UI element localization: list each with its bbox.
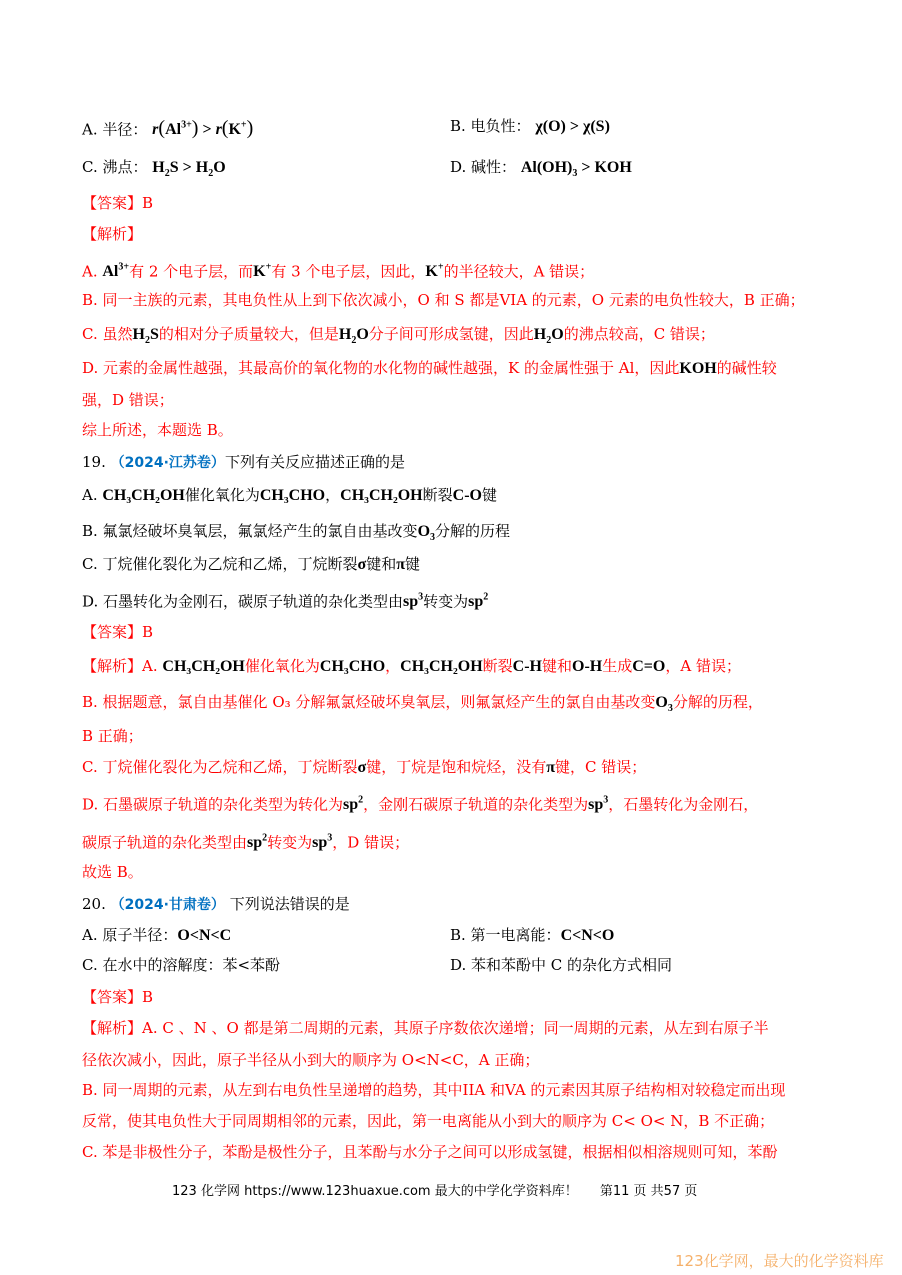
q19-option-c: C. 丁烷催化裂化为乙烷和乙烯，丁烷断裂σ键和π键 bbox=[82, 554, 420, 575]
q19-analysis-d-line2: 碳原子轨道的杂化类型由sp2转变为sp3，D 错误； bbox=[82, 829, 409, 853]
formula: H2S > H2O bbox=[152, 159, 225, 176]
q19-analysis-d-line1: D. 石墨碳原子轨道的杂化类型为转化为sp2，金刚石碳原子轨道的杂化类型为sp3… bbox=[82, 791, 758, 815]
q19-analysis-b-line1: B. 根据题意，氯自由基催化 O₃ 分解氟氯烃破坏臭氧层，则氟氯烃产生的氯自由基… bbox=[82, 692, 763, 719]
watermark: 123化学网，最大的化学资料库 bbox=[675, 1250, 884, 1271]
option-label: C. 沸点： bbox=[82, 158, 147, 176]
q19-analysis-a: 【解析】A. CH₃CH₂OH催化氧化为CH₃CHO，CH₃CH₂OH断裂C-H… bbox=[82, 656, 741, 677]
page-number: 第11 页 共57 页 bbox=[600, 1184, 697, 1199]
q19-stem: 19. （2024·江苏卷）下列有关反应描述正确的是 bbox=[82, 452, 405, 473]
q18-analysis-d-line2: 强，D 错误； bbox=[82, 390, 174, 410]
footer-site-text: 123 化学网 https://www.123huaxue.com 最大的中学化… bbox=[172, 1184, 578, 1199]
source-tag: （2024·甘肃卷） bbox=[111, 897, 225, 913]
formula: r(Al3+) > r(K+) bbox=[152, 121, 253, 138]
q18-analysis-d-line1: D. 元素的金属性越强，其最高价的氧化物的水化物的碱性越强，K 的金属性强于 A… bbox=[82, 358, 777, 379]
question-stem: 下列有关反应描述正确的是 bbox=[225, 453, 405, 471]
q18-analysis-c: C. 虽然H2S的相对分子质量较大，但是H2O分子间可形成氢键，因此H2O的沸点… bbox=[82, 324, 715, 351]
answer-value: B bbox=[142, 988, 153, 1006]
option-label: D. 碱性： bbox=[450, 158, 516, 176]
q18-summary: 综上所述，本题选 B。 bbox=[82, 420, 233, 440]
q18-option-a: A. 半径： r(Al3+) > r(K+) bbox=[82, 116, 253, 140]
q19-analysis-c: C. 丁烷催化裂化为乙烷和乙烯，丁烷断裂σ键，丁烷是饱和烷烃，没有π键，C 错误… bbox=[82, 757, 646, 778]
formula: χ(O) > χ(S) bbox=[535, 118, 610, 135]
q18-option-d: D. 碱性： Al(OH)3 > KOH bbox=[450, 157, 632, 184]
answer-value: B bbox=[142, 623, 153, 641]
q19-summary: 故选 B。 bbox=[82, 862, 143, 882]
q18-analysis-label: 【解析】 bbox=[82, 224, 142, 244]
analysis-label: 【解析】 bbox=[82, 1019, 142, 1037]
q19-analysis-b-line2: B 正确； bbox=[82, 726, 143, 746]
q20-analysis-b-line2: 反常，使其电负性大于同周期相邻的元素，因此，第一电离能从小到大的顺序为 C< O… bbox=[82, 1111, 774, 1131]
q20-analysis-b-line1: B. 同一周期的元素，从左到右电负性呈递增的趋势，其中IIA 和VA 的元素因其… bbox=[82, 1080, 785, 1100]
page-footer: 123 化学网 https://www.123huaxue.com 最大的中学化… bbox=[172, 1180, 697, 1199]
q18-option-c: C. 沸点： H2S > H2O bbox=[82, 157, 226, 184]
q18-option-b: B. 电负性： χ(O) > χ(S) bbox=[450, 116, 610, 137]
q20-option-a: A. 原子半径：O<N<C bbox=[82, 925, 231, 946]
question-number: 20. bbox=[82, 895, 106, 913]
q19-option-d: D. 石墨转化为金刚石，碳原子轨道的杂化类型由sp3转变为sp2 bbox=[82, 588, 488, 612]
q20-option-b: B. 第一电离能：C<N<O bbox=[450, 925, 614, 946]
q20-answer: 【答案】B bbox=[82, 987, 153, 1007]
answer-label: 【答案】 bbox=[82, 194, 142, 212]
q20-analysis-a-line2: 径依次减小，因此，原子半径从小到大的顺序为 O<N<C，A 正确； bbox=[82, 1050, 539, 1070]
source-tag: （2024·江苏卷） bbox=[111, 455, 225, 471]
formula: Al(OH)3 > KOH bbox=[521, 159, 632, 176]
q19-option-a: A. CH₃CH₂OH催化氧化为CH₃CHO，CH₃CH₂OH断裂C-O键 bbox=[82, 485, 497, 506]
q20-analysis-a-line1: 【解析】A. C 、N 、O 都是第二周期的元素，其原子序数依次递增；同一周期的… bbox=[82, 1018, 769, 1038]
analysis-label: 【解析】 bbox=[82, 657, 142, 675]
q19-answer: 【答案】B bbox=[82, 622, 153, 642]
q18-analysis-a: A. Al3+有 2 个电子层，而K+有 3 个电子层，因此，K+的半径较大，A… bbox=[82, 258, 594, 282]
q19-option-b: B. 氟氯烃破坏臭氧层，氟氯烃产生的氯自由基改变O3分解的历程 bbox=[82, 521, 510, 548]
q20-option-d: D. 苯和苯酚中 C 的杂化方式相同 bbox=[450, 955, 672, 975]
option-label: A. 半径： bbox=[82, 120, 147, 138]
q18-answer: 【答案】B bbox=[82, 193, 153, 213]
q18-analysis-b: B. 同一主族的元素，其电负性从上到下依次减小，O 和 S 都是VIA 的元素，… bbox=[82, 290, 805, 310]
q20-analysis-c-line1: C. 苯是非极性分子，苯酚是极性分子，且苯酚与水分子之间可以形成氢键，根据相似相… bbox=[82, 1142, 777, 1162]
q20-stem: 20. （2024·甘肃卷） 下列说法错误的是 bbox=[82, 894, 350, 915]
question-stem: 下列说法错误的是 bbox=[225, 895, 350, 913]
option-label: B. 电负性： bbox=[450, 117, 531, 135]
answer-value: B bbox=[142, 194, 153, 212]
question-number: 19. bbox=[82, 453, 106, 471]
q20-option-c: C. 在水中的溶解度：苯<苯酚 bbox=[82, 955, 280, 975]
